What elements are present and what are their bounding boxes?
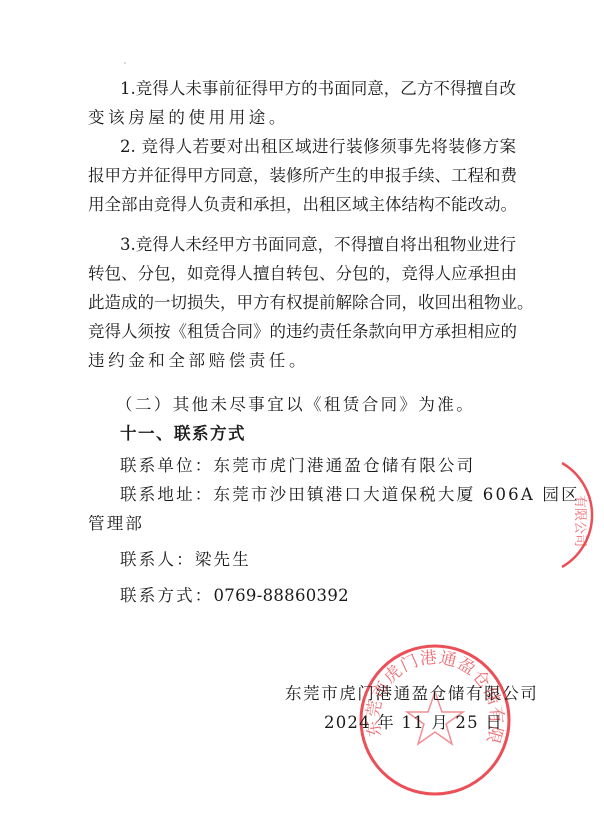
clause-3-line-5: 违约金和全部赔偿责任。 (88, 351, 309, 371)
clause-1-line-2: 变该房屋的使用用途。 (88, 108, 289, 128)
clause-2-line-2: 报甲方并征得甲方同意，装修所产生的申报手续、工程和费 (88, 166, 516, 186)
clause-3-line-4: 竞得人须按《租赁合同》的违约责任条款向甲方承担相应的 (88, 322, 516, 342)
contact-address-label: 联系地址： (120, 485, 214, 504)
clause-2-line-3: 用全部由竞得人负责和承担，出租区域主体结构不能改动。 (88, 195, 516, 215)
contact-address-row: 联系地址：东莞市沙田镇港口大道保税大厦 606A 园区 (120, 485, 580, 505)
contact-unit-label: 联系单位： (120, 456, 214, 475)
clause-3-line-2: 转包、分包，如竞得人擅自转包、分包的，竞得人应承担由 (88, 264, 516, 284)
contact-unit-value: 东莞市虎门港通盈仓储有限公司 (214, 456, 476, 475)
document-page: 1.竞得人未事前征得甲方的书面同意，乙方不得擅自改 变该房屋的使用用途。 2. … (0, 0, 604, 831)
clause-3-line-3: 此造成的一切损失，甲方有权提前解除合同，收回出租物业。 (88, 293, 516, 313)
contact-person-label: 联系人： (120, 550, 195, 569)
other-terms-line: （二）其他未尽事宜以《租赁合同》为准。 (116, 395, 475, 415)
clause-1-line-1: 1.竞得人未事前征得甲方的书面同意，乙方不得擅自改 (120, 79, 516, 99)
signature-date: 2024 年 11 月 25 日 (324, 713, 503, 733)
signature-company: 东莞市虎门港通盈仓储有限公司 (285, 684, 538, 704)
edge-seal-icon: 有限公司 (548, 455, 604, 575)
contact-phone-label: 联系方式： (120, 586, 214, 605)
contact-person-value: 梁先生 (195, 550, 251, 569)
contact-section-heading: 十一、联系方式 (120, 424, 246, 444)
contact-phone-row: 联系方式：0769-88860392 (120, 586, 349, 606)
contact-person-row: 联系人：梁先生 (120, 550, 251, 570)
contact-phone-value: 0769-88860392 (214, 586, 349, 605)
clause-2-line-1: 2. 竞得人若要对出租区域进行装修须事先将装修方案 (120, 137, 516, 157)
contact-unit-row: 联系单位：东莞市虎门港通盈仓储有限公司 (120, 456, 475, 476)
contact-address-continuation: 管理部 (88, 514, 144, 534)
scan-artifact (124, 62, 126, 64)
contact-address-value: 东莞市沙田镇港口大道保税大厦 606A 园区 (214, 485, 580, 504)
clause-3-line-1: 3.竞得人未经甲方书面同意，不得擅自将出租物业进行 (120, 235, 516, 255)
